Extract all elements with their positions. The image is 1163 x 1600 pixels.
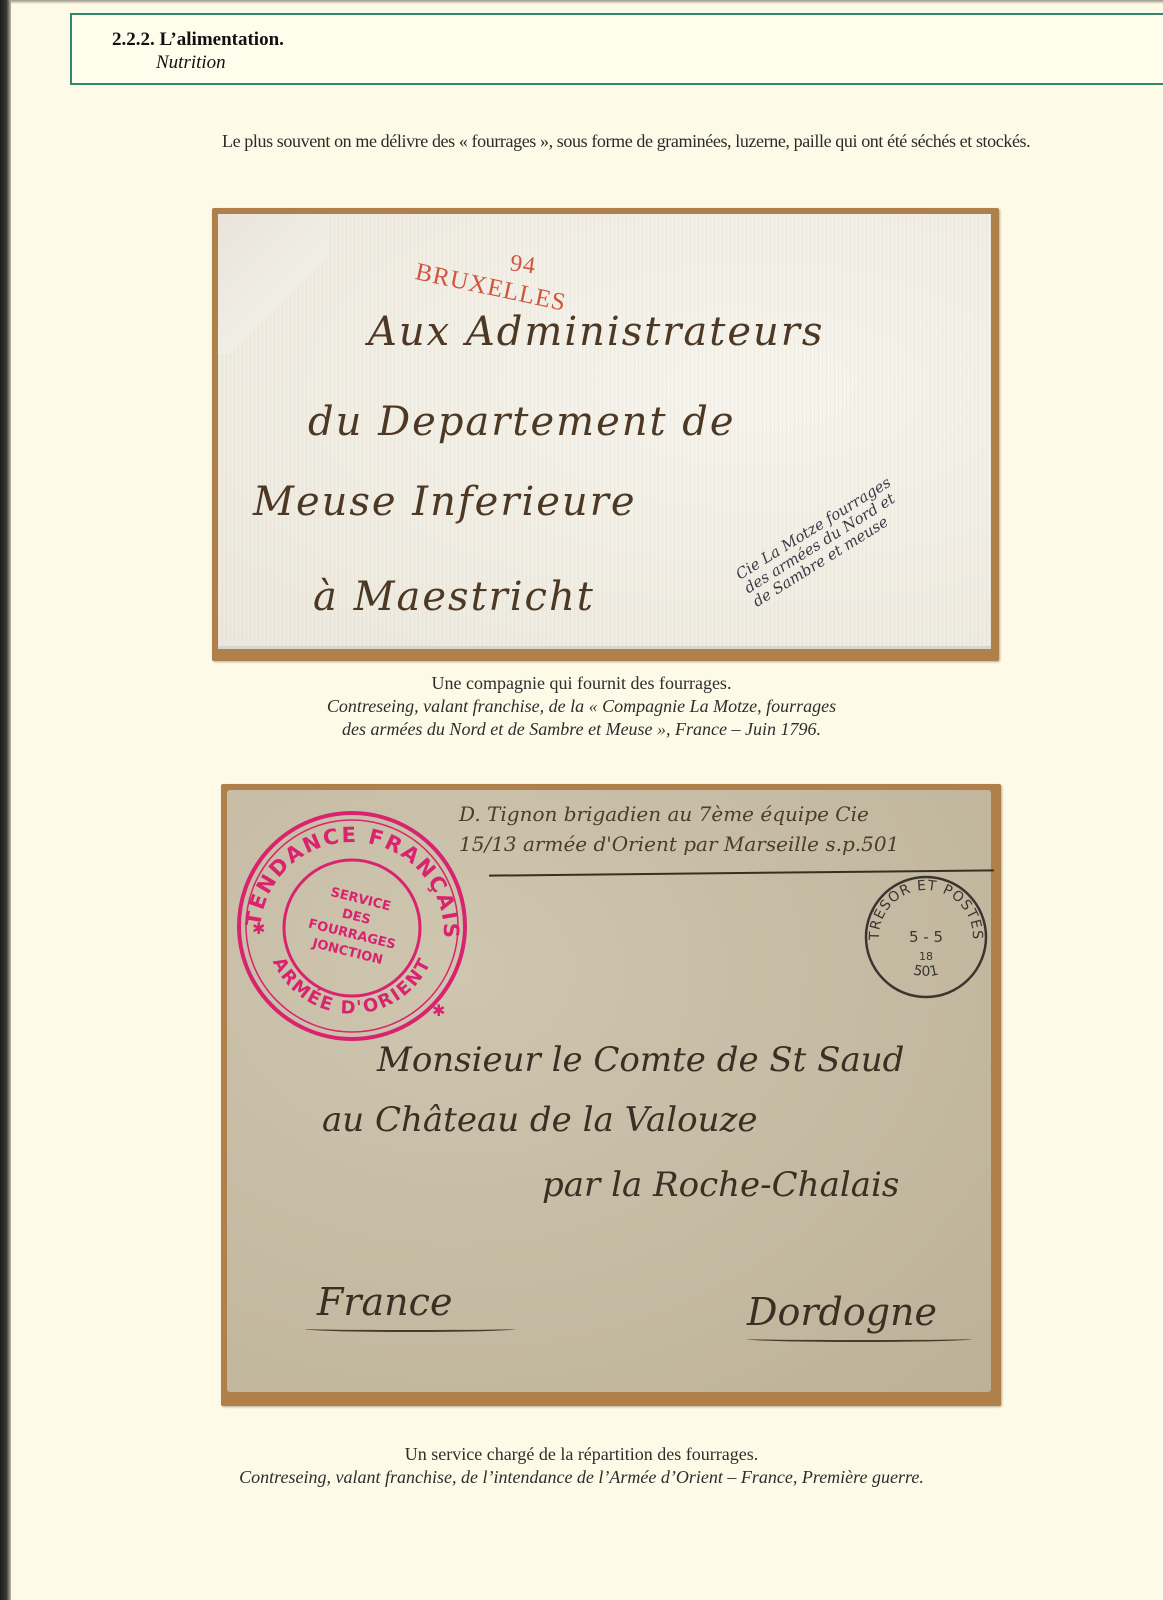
cachet-star-left: ✱ — [252, 919, 265, 938]
svg-text:501: 501 — [912, 963, 940, 981]
intendance-cachet: INTENDANCE FRANÇAISE ARMÉE D'ORIENT ✱ ✱ … — [232, 806, 472, 1046]
country-underline — [305, 1326, 515, 1332]
address-line-1: Monsieur le Comte de St Saud — [377, 1040, 904, 1080]
section-title: 2.2.2. L’alimentation. — [112, 29, 284, 51]
contreseing-line-2: des armées du Nord et — [741, 488, 902, 597]
postmark-number: 94 — [508, 250, 538, 280]
envelope-mount: INTENDANCE FRANÇAISE ARMÉE D'ORIENT ✱ ✱ … — [221, 784, 1001, 1406]
postmark-date: 5 - 5 — [909, 928, 943, 946]
address-department: Dordogne — [747, 1290, 937, 1334]
address-line-2: du Departement de — [308, 399, 736, 445]
sender-line-1: D. Tignon brigadien au 7ème équipe Cie — [459, 802, 869, 826]
letter-fold — [218, 214, 328, 354]
postmark-number: 501 — [912, 963, 940, 981]
scan-edge — [0, 0, 11, 1600]
caption-description-1: Contreseing, valant franchise, de la « C… — [0, 695, 1163, 718]
contreseing-mark: Cie La Motze fourrages des armées du Nor… — [733, 474, 910, 610]
address-line-4: à Maestricht — [313, 574, 595, 620]
address-line-3: par la Roche-Chalais — [542, 1165, 899, 1205]
address-line-3: Meuse Inferieure — [253, 479, 636, 525]
sender-line-2: 15/13 armée d'Orient par Marseille s.p.5… — [459, 832, 899, 856]
postmark-year: 18 — [919, 950, 933, 963]
envelope-caption: Un service chargé de la répartition des … — [0, 1443, 1163, 1489]
address-country: France — [317, 1280, 452, 1324]
envelope: INTENDANCE FRANÇAISE ARMÉE D'ORIENT ✱ ✱ … — [227, 790, 991, 1392]
section-header: 2.2.2. L’alimentation. Nutrition — [70, 13, 1163, 85]
caption-description-2: des armées du Nord et de Sambre et Meuse… — [0, 718, 1163, 741]
cachet-star-right: ✱ — [432, 1001, 445, 1020]
caption-description: Contreseing, valant franchise, de l’inte… — [0, 1466, 1163, 1489]
intro-paragraph: Le plus souvent on me délivre des « four… — [222, 130, 1052, 153]
scan-shadow — [11, 0, 1163, 4]
tresor-postes-postmark: TRÉSOR ET POSTES 501 5 - 5 18 — [861, 872, 991, 1002]
caption-title: Une compagnie qui fournit des fourrages. — [0, 672, 1163, 695]
folded-letter: 94 BRUXELLES Aux Administrateurs du Depa… — [218, 214, 991, 649]
department-underline — [747, 1336, 972, 1342]
address-line-2: au Château de la Valouze — [322, 1100, 758, 1140]
letter-caption: Une compagnie qui fournit des fourrages.… — [0, 672, 1163, 741]
address-line-1: Aux Administrateurs — [368, 309, 824, 355]
letter-mount: 94 BRUXELLES Aux Administrateurs du Depa… — [212, 208, 999, 661]
caption-title: Un service chargé de la répartition des … — [0, 1443, 1163, 1466]
section-subtitle: Nutrition — [156, 52, 226, 74]
